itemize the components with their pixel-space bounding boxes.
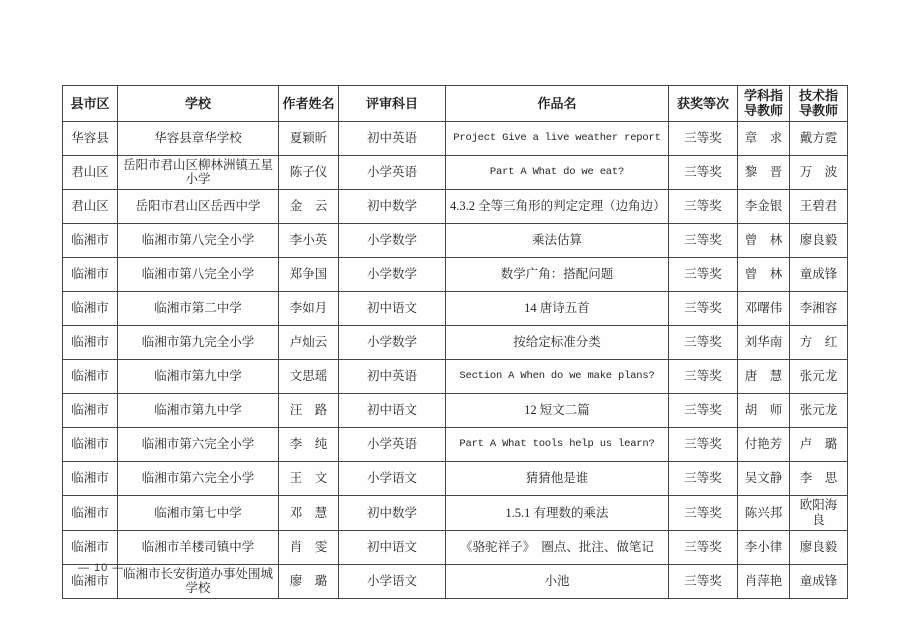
- cell-subject_teacher: 刘华南: [738, 326, 790, 360]
- cell-subject_teacher: 黎 晋: [738, 155, 790, 190]
- cell-author: 廖 璐: [279, 564, 339, 599]
- cell-subject_teacher: 章 求: [738, 121, 790, 155]
- cell-tech_teacher: 童成锋: [790, 258, 848, 292]
- cell-county: 君山区: [63, 155, 118, 190]
- page-number: — 10 —: [78, 562, 124, 574]
- column-header-tech_teacher: 技术指 导教师: [790, 86, 848, 122]
- cell-award: 三等奖: [669, 292, 738, 326]
- cell-work: 14 唐诗五首: [446, 292, 669, 326]
- table-row: 临湘市临湘市第九完全小学卢灿云小学数学按给定标准分类三等奖刘华南方 红: [63, 326, 848, 360]
- cell-subject_teacher: 付艳芳: [738, 428, 790, 462]
- cell-award: 三等奖: [669, 394, 738, 428]
- cell-author: 李如月: [279, 292, 339, 326]
- cell-school: 临湘市第六完全小学: [118, 462, 279, 496]
- cell-tech_teacher: 李 思: [790, 462, 848, 496]
- cell-author: 陈子仪: [279, 155, 339, 190]
- cell-tech_teacher: 王碧君: [790, 190, 848, 224]
- cell-award: 三等奖: [669, 121, 738, 155]
- cell-award: 三等奖: [669, 190, 738, 224]
- cell-county: 临湘市: [63, 428, 118, 462]
- cell-work: Project Give a live weather report: [446, 121, 669, 155]
- cell-author: 肖 雯: [279, 530, 339, 564]
- cell-subject_teacher: 曾 林: [738, 258, 790, 292]
- cell-subject_teacher: 肖萍艳: [738, 564, 790, 599]
- cell-tech_teacher: 方 红: [790, 326, 848, 360]
- cell-author: 李小英: [279, 224, 339, 258]
- cell-author: 卢灿云: [279, 326, 339, 360]
- cell-work: 小池: [446, 564, 669, 599]
- document-page: 县市区学校作者姓名评审科目作品名获奖等次学科指 导教师技术指 导教师 华容县华容…: [0, 0, 900, 636]
- cell-school: 临湘市第九中学: [118, 394, 279, 428]
- cell-subject: 初中语文: [339, 530, 446, 564]
- cell-county: 华容县: [63, 121, 118, 155]
- cell-school: 临湘市第七中学: [118, 496, 279, 531]
- cell-award: 三等奖: [669, 428, 738, 462]
- cell-tech_teacher: 童成锋: [790, 564, 848, 599]
- cell-school: 临湘市第八完全小学: [118, 224, 279, 258]
- cell-school: 岳阳市君山区柳林洲镇五星小学: [118, 155, 279, 190]
- cell-subject_teacher: 吴文静: [738, 462, 790, 496]
- cell-tech_teacher: 张元龙: [790, 360, 848, 394]
- cell-subject: 小学英语: [339, 428, 446, 462]
- cell-school: 临湘市第九中学: [118, 360, 279, 394]
- cell-award: 三等奖: [669, 462, 738, 496]
- cell-county: 君山区: [63, 190, 118, 224]
- cell-county: 临湘市: [63, 224, 118, 258]
- cell-county: 临湘市: [63, 360, 118, 394]
- cell-work: 《骆驼祥子》 圈点、批注、做笔记: [446, 530, 669, 564]
- column-header-subject: 评审科目: [339, 86, 446, 122]
- cell-subject_teacher: 陈兴邦: [738, 496, 790, 531]
- table-row: 临湘市临湘市第六完全小学李 纯小学英语Part A What tools hel…: [63, 428, 848, 462]
- cell-tech_teacher: 万 波: [790, 155, 848, 190]
- cell-author: 文思瑶: [279, 360, 339, 394]
- table-row: 临湘市临湘市第二中学李如月初中语文14 唐诗五首三等奖邓曙伟李湘容: [63, 292, 848, 326]
- awards-table: 县市区学校作者姓名评审科目作品名获奖等次学科指 导教师技术指 导教师 华容县华容…: [62, 85, 848, 599]
- cell-work: 乘法估算: [446, 224, 669, 258]
- table-row: 临湘市临湘市第八完全小学李小英小学数学乘法估算三等奖曾 林廖良毅: [63, 224, 848, 258]
- cell-author: 郑争国: [279, 258, 339, 292]
- cell-subject: 初中语文: [339, 394, 446, 428]
- table-row: 临湘市临湘市第八完全小学郑争国小学数学数学广角：搭配问题三等奖曾 林童成锋: [63, 258, 848, 292]
- cell-author: 汪 路: [279, 394, 339, 428]
- cell-tech_teacher: 廖良毅: [790, 530, 848, 564]
- cell-school: 岳阳市君山区岳西中学: [118, 190, 279, 224]
- cell-subject: 小学数学: [339, 258, 446, 292]
- cell-county: 临湘市: [63, 258, 118, 292]
- table-body: 华容县华容县章华学校夏颖昕初中英语Project Give a live wea…: [63, 121, 848, 599]
- table-row: 君山区岳阳市君山区岳西中学金 云初中数学4.3.2 全等三角形的判定定理（边角边…: [63, 190, 848, 224]
- cell-work: 数学广角：搭配问题: [446, 258, 669, 292]
- cell-county: 临湘市: [63, 530, 118, 564]
- cell-work: 猜猜他是谁: [446, 462, 669, 496]
- cell-county: 临湘市: [63, 292, 118, 326]
- cell-county: 临湘市: [63, 496, 118, 531]
- table-row: 君山区岳阳市君山区柳林洲镇五星小学陈子仪小学英语Part A What do w…: [63, 155, 848, 190]
- table-row: 临湘市临湘市羊楼司镇中学肖 雯初中语文《骆驼祥子》 圈点、批注、做笔记三等奖李小…: [63, 530, 848, 564]
- cell-school: 临湘市第二中学: [118, 292, 279, 326]
- cell-work: 4.3.2 全等三角形的判定定理（边角边）: [446, 190, 669, 224]
- table-row: 临湘市临湘市长安街道办事处围城学校廖 璐小学语文小池三等奖肖萍艳童成锋: [63, 564, 848, 599]
- cell-work: 12 短文二篇: [446, 394, 669, 428]
- cell-subject: 小学语文: [339, 564, 446, 599]
- cell-subject_teacher: 胡 师: [738, 394, 790, 428]
- cell-tech_teacher: 廖良毅: [790, 224, 848, 258]
- cell-school: 临湘市第六完全小学: [118, 428, 279, 462]
- cell-award: 三等奖: [669, 258, 738, 292]
- cell-work: Part A What tools help us learn?: [446, 428, 669, 462]
- cell-author: 夏颖昕: [279, 121, 339, 155]
- cell-subject: 初中数学: [339, 190, 446, 224]
- cell-subject: 小学数学: [339, 326, 446, 360]
- cell-subject: 小学语文: [339, 462, 446, 496]
- cell-subject_teacher: 邓曙伟: [738, 292, 790, 326]
- cell-tech_teacher: 戴方霓: [790, 121, 848, 155]
- cell-award: 三等奖: [669, 564, 738, 599]
- column-header-county: 县市区: [63, 86, 118, 122]
- cell-work: Part A What do we eat?: [446, 155, 669, 190]
- cell-author: 王 文: [279, 462, 339, 496]
- cell-subject_teacher: 李金银: [738, 190, 790, 224]
- table-row: 临湘市临湘市第九中学汪 路初中语文12 短文二篇三等奖胡 师张元龙: [63, 394, 848, 428]
- cell-county: 临湘市: [63, 394, 118, 428]
- column-header-subject_teacher: 学科指 导教师: [738, 86, 790, 122]
- table-row: 临湘市临湘市第九中学文思瑶初中英语Section A When do we ma…: [63, 360, 848, 394]
- cell-work: 按给定标准分类: [446, 326, 669, 360]
- cell-author: 金 云: [279, 190, 339, 224]
- cell-tech_teacher: 卢 璐: [790, 428, 848, 462]
- cell-school: 临湘市长安街道办事处围城学校: [118, 564, 279, 599]
- column-header-school: 学校: [118, 86, 279, 122]
- cell-subject_teacher: 曾 林: [738, 224, 790, 258]
- cell-county: 临湘市: [63, 326, 118, 360]
- cell-school: 临湘市第九完全小学: [118, 326, 279, 360]
- cell-award: 三等奖: [669, 496, 738, 531]
- cell-subject: 初中数学: [339, 496, 446, 531]
- cell-school: 临湘市第八完全小学: [118, 258, 279, 292]
- table-row: 临湘市临湘市第七中学邓 慧初中数学1.5.1 有理数的乘法三等奖陈兴邦欧阳海良: [63, 496, 848, 531]
- cell-author: 邓 慧: [279, 496, 339, 531]
- cell-award: 三等奖: [669, 326, 738, 360]
- cell-subject: 初中语文: [339, 292, 446, 326]
- cell-work: 1.5.1 有理数的乘法: [446, 496, 669, 531]
- cell-subject: 小学数学: [339, 224, 446, 258]
- cell-tech_teacher: 欧阳海良: [790, 496, 848, 531]
- cell-school: 华容县章华学校: [118, 121, 279, 155]
- cell-author: 李 纯: [279, 428, 339, 462]
- cell-award: 三等奖: [669, 224, 738, 258]
- cell-award: 三等奖: [669, 530, 738, 564]
- cell-work: Section A When do we make plans?: [446, 360, 669, 394]
- cell-award: 三等奖: [669, 155, 738, 190]
- cell-subject_teacher: 唐 慧: [738, 360, 790, 394]
- cell-subject_teacher: 李小律: [738, 530, 790, 564]
- cell-subject: 小学英语: [339, 155, 446, 190]
- cell-county: 临湘市: [63, 462, 118, 496]
- column-header-award: 获奖等次: [669, 86, 738, 122]
- table-row: 临湘市临湘市第六完全小学王 文小学语文猜猜他是谁三等奖吴文静李 思: [63, 462, 848, 496]
- cell-tech_teacher: 李湘容: [790, 292, 848, 326]
- table-row: 华容县华容县章华学校夏颖昕初中英语Project Give a live wea…: [63, 121, 848, 155]
- cell-subject: 初中英语: [339, 121, 446, 155]
- column-header-author: 作者姓名: [279, 86, 339, 122]
- cell-award: 三等奖: [669, 360, 738, 394]
- cell-subject: 初中英语: [339, 360, 446, 394]
- header-row: 县市区学校作者姓名评审科目作品名获奖等次学科指 导教师技术指 导教师: [63, 86, 848, 122]
- column-header-work: 作品名: [446, 86, 669, 122]
- cell-tech_teacher: 张元龙: [790, 394, 848, 428]
- cell-school: 临湘市羊楼司镇中学: [118, 530, 279, 564]
